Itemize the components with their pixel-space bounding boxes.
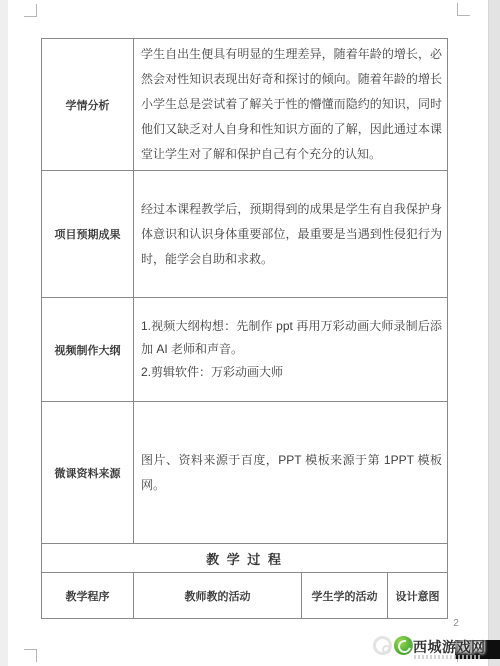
crop-mark-top-right-icon xyxy=(457,3,470,16)
row-label-video-outline: 视频制作大纲 xyxy=(42,298,134,401)
page-left-edge xyxy=(0,0,8,666)
content-text: 学生自出生便具有明显的生理差异，随着年龄的增长，必然会对性知识表现出好奇和探讨的… xyxy=(141,42,442,167)
table-row: 项目预期成果 经过本课程教学后，预期得到的成果是学生有自我保护身体意识和认识身体… xyxy=(42,171,447,298)
row-content-video-outline: 1.视频大纲构想：先制作 ppt 再用万彩动画大师录制后添加 AI 老师和声音。… xyxy=(134,298,447,401)
table-row: 微课资料来源 图片、资料来源于百度，PPT 模板来源于第 1PPT 模板网。 xyxy=(42,402,447,544)
row-label-expected-outcomes: 项目预期成果 xyxy=(42,171,134,297)
row-content-material-source: 图片、资料来源于百度，PPT 模板来源于第 1PPT 模板网。 xyxy=(134,402,447,543)
crop-mark-top-left-icon xyxy=(24,4,37,17)
crop-mark-bottom-left-icon xyxy=(24,649,37,662)
row-content-learning-analysis: 学生自出生便具有明显的生理差异，随着年龄的增长，必然会对性知识表现出好奇和探讨的… xyxy=(134,39,447,170)
column-header-student-activity: 学生学的活动 xyxy=(302,573,388,618)
document-page: { "page": { "number": "2" }, "table": { … xyxy=(0,0,500,666)
row-label-learning-analysis: 学情分析 xyxy=(42,39,134,170)
page-number: 2 xyxy=(449,618,463,629)
site-logo-icon xyxy=(394,636,413,655)
table-row: 学情分析 学生自出生便具有明显的生理差异，随着年龄的增长，必然会对性知识表现出好… xyxy=(42,39,447,171)
section-header-teaching-process: 教 学 过 程 xyxy=(42,544,447,573)
row-content-expected-outcomes: 经过本课程教学后，预期得到的成果是学生有自我保护身体意识和认识身体重要部位，最重… xyxy=(134,171,447,297)
table-row: 视频制作大纲 1.视频大纲构想：先制作 ppt 再用万彩动画大师录制后添加 AI… xyxy=(42,298,447,402)
watermark-emblem-small-icon xyxy=(382,645,391,654)
lesson-plan-table: 学情分析 学生自出生便具有明显的生理差异，随着年龄的增长，必然会对性知识表现出好… xyxy=(41,38,448,619)
row-label-material-source: 微课资料来源 xyxy=(42,402,134,543)
watermark-site-name: 西城游戏网 xyxy=(413,637,486,657)
content-text: 图片、资料来源于百度，PPT 模板来源于第 1PPT 模板网。 xyxy=(141,448,442,498)
column-header-teacher-activity: 教师教的活动 xyxy=(134,573,302,618)
content-line-1: 1.视频大纲构想：先制作 ppt 再用万彩动画大师录制后添加 AI 老师和声音。 xyxy=(141,315,442,361)
content-text: 经过本课程教学后，预期得到的成果是学生有自我保护身体意识和认识身体重要部位，最重… xyxy=(141,197,442,272)
column-header-teaching-procedure: 教学程序 xyxy=(42,573,134,618)
content-line-2: 2.剪辑软件：万彩动画大师 xyxy=(141,361,442,384)
process-header-row: 教学程序 教师教的活动 学生学的活动 设计意图 xyxy=(42,573,447,618)
watermark-subtext-bar xyxy=(414,655,482,659)
column-header-design-intent: 设计意图 xyxy=(388,573,447,618)
page-right-edge xyxy=(488,0,500,666)
